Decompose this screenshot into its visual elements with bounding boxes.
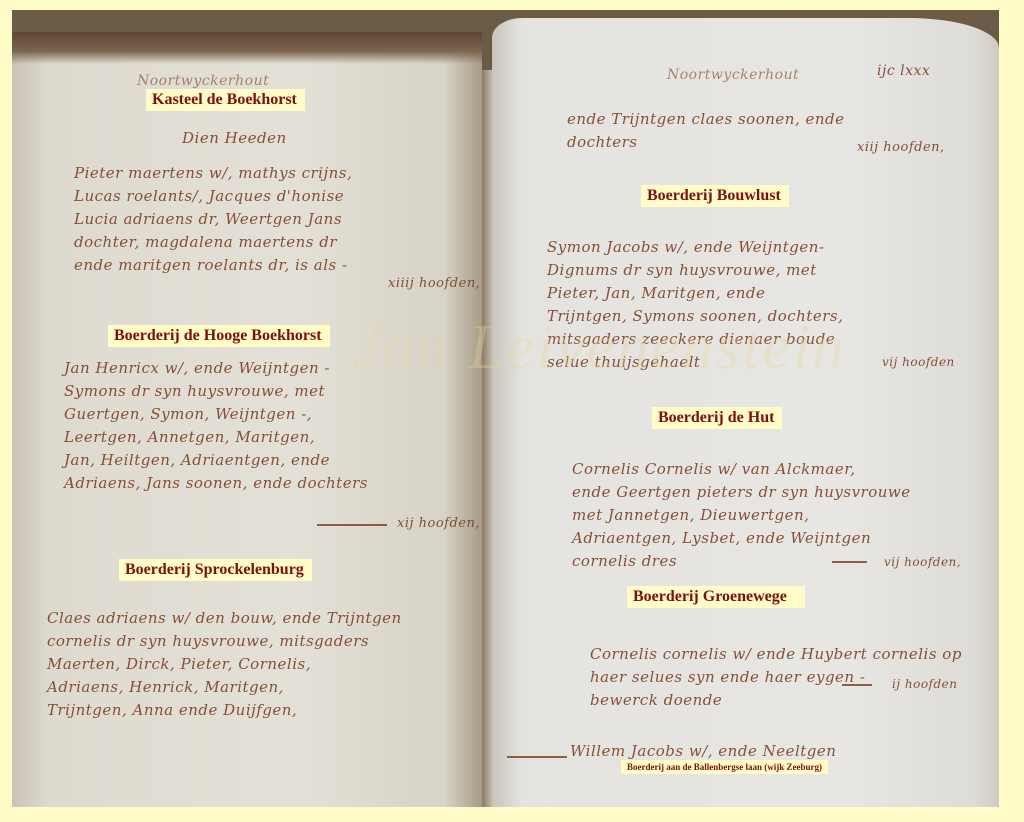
entry-rule — [832, 561, 867, 563]
label-boerderij-groenewege: Boerderij Groenewege — [627, 586, 805, 608]
left-block-3: Claes adriaens w/ den bouw, ende Trijntg… — [47, 607, 402, 722]
label-boerderij-ballenbergse-laan: Boerderij aan de Ballenbergse laan (wijk… — [621, 760, 828, 774]
entry-rule — [317, 524, 387, 526]
label-boerderij-sprockelenburg: Boerderij Sprockelenburg — [119, 559, 312, 581]
right-block-2: Cornelis Cornelis w/ van Alckmaer, ende … — [572, 458, 911, 573]
left-block-1-count: xiiij hoofden, — [388, 272, 480, 295]
right-block-0: ende Trijntgen claes soonen, ende dochte… — [567, 108, 845, 154]
right-page-header: Noortwyckerhout — [667, 64, 799, 87]
right-block-0-count: xiij hoofden, — [857, 136, 945, 159]
label-boerderij-de-hooge-boekhorst: Boerderij de Hooge Boekhorst — [108, 325, 330, 347]
left-page-subheader: Dien Heeden — [182, 127, 287, 150]
manuscript-photo: Noortwyckerhout Dien Heeden Pieter maert… — [12, 10, 999, 807]
entry-rule — [507, 756, 567, 758]
entry-rule — [842, 684, 872, 686]
left-block-1: Pieter maertens w/, mathys crijns, Lucas… — [74, 162, 352, 277]
left-block-2: Jan Henricx w/, ende Weijntgen - Symons … — [64, 357, 368, 495]
label-boerderij-de-hut: Boerderij de Hut — [652, 407, 782, 429]
left-page: Noortwyckerhout Dien Heeden Pieter maert… — [12, 32, 482, 807]
right-block-1-count: vij hoofden — [882, 351, 955, 374]
label-kasteel-de-boekhorst: Kasteel de Boekhorst — [146, 89, 305, 111]
right-block-2-count: vij hoofden, — [884, 551, 961, 574]
right-block-3-count: ij hoofden — [892, 673, 958, 696]
folio-number: ijc lxxx — [877, 60, 930, 83]
label-boerderij-bouwlust: Boerderij Bouwlust — [641, 185, 789, 207]
watermark: Jan Leivenenstein — [352, 310, 846, 384]
left-block-2-count: xij hoofden, — [397, 512, 480, 535]
page-edge-shadow — [12, 32, 482, 64]
